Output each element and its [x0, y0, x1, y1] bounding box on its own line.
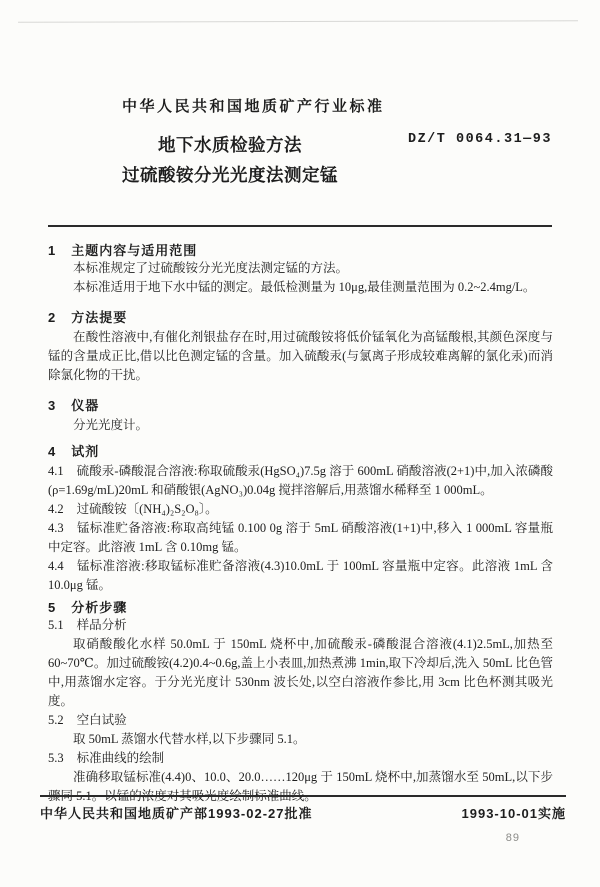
standard-number: DZ/T 0064.31—93 [408, 132, 552, 147]
subsection-text: 过硫酸铵〔(NH₄)₂S₂O₈〕。 [77, 502, 218, 516]
section-title: 主题内容与适用范围 [71, 243, 197, 258]
page-number: 89 [40, 832, 520, 844]
document-title-line1: 地下水质检验方法 [0, 130, 460, 160]
section-heading-3: 3仪器 [48, 398, 553, 414]
subsection-number: 5.3 [48, 751, 64, 765]
subsection-heading-5-3: 5.3标准曲线的绘制 [48, 749, 553, 768]
section-heading-5: 5分析步骤 [48, 600, 553, 616]
section-heading-2: 2方法提要 [48, 310, 553, 326]
subsection-title: 样品分析 [77, 618, 127, 632]
standard-category-label: 中华人民共和国地质矿产行业标准 [122, 98, 600, 116]
subsection-text: 锰标准贮备溶液:称取高纯锰 0.100 0g 溶于 5mL 硝酸溶液(1+1)中… [48, 521, 553, 554]
section-title: 仪器 [71, 398, 99, 413]
section-number: 4 [48, 444, 55, 459]
document-header: 中华人民共和国地质矿产行业标准 地下水质检验方法 过硫酸铵分光光度法测定锰 DZ… [0, 98, 600, 190]
section-title: 方法提要 [71, 310, 127, 325]
subsection-number: 4.1 [48, 464, 64, 478]
subsection-number: 5.2 [48, 713, 64, 727]
footer-row: 中华人民共和国地质矿产部1993-02-27批准 1993-10-01实施 [40, 803, 566, 822]
section-title: 分析步骤 [71, 600, 127, 615]
document-footer: 中华人民共和国地质矿产部1993-02-27批准 1993-10-01实施 89 [40, 795, 566, 844]
document-title: 地下水质检验方法 过硫酸铵分光光度法测定锰 [0, 130, 460, 190]
approval-statement: 中华人民共和国地质矿产部1993-02-27批准 [40, 803, 313, 822]
subsection-number: 4.2 [48, 502, 64, 516]
document-title-line2: 过硫酸铵分光光度法测定锰 [0, 160, 460, 190]
section-number: 3 [48, 398, 55, 413]
scan-artifact-line [18, 20, 578, 22]
subsection-title: 标准曲线的绘制 [77, 751, 165, 765]
subsection-number: 5.1 [48, 618, 64, 632]
section-number: 2 [48, 310, 55, 325]
subsection-text-5-1: 取硝酸酸化水样 50.0mL 于 150mL 烧杯中,加硫酸汞-磷酸混合溶液(4… [48, 635, 553, 711]
subsection-text-5-2: 取 50mL 蒸馏水代替水样,以下步骤同 5.1。 [48, 730, 553, 749]
subsection-4-3: 4.3锰标准贮备溶液:称取高纯锰 0.100 0g 溶于 5mL 硝酸溶液(1+… [48, 519, 553, 557]
subsection-4-1: 4.1硫酸汞-磷酸混合溶液:称取硫酸汞(HgSO₄)7.5g 溶于 600mL … [48, 462, 553, 500]
subsection-text: 硫酸汞-磷酸混合溶液:称取硫酸汞(HgSO₄)7.5g 溶于 600mL 硝酸溶… [48, 464, 553, 497]
header-divider [48, 225, 552, 227]
subsection-heading-5-1: 5.1样品分析 [48, 616, 553, 635]
subsection-number: 4.4 [48, 559, 64, 573]
section-number: 5 [48, 600, 55, 615]
footer-divider [40, 795, 566, 797]
paragraph: 本标准规定了过硫酸铵分光光度法测定锰的方法。 [48, 259, 553, 278]
subsection-4-4: 4.4锰标准溶液:移取锰标准贮备溶液(4.3)10.0mL 于 100mL 容量… [48, 557, 553, 595]
document-body: 1主题内容与适用范围 本标准规定了过硫酸铵分光光度法测定锰的方法。 本标准适用于… [48, 243, 553, 806]
section-heading-4: 4试剂 [48, 444, 553, 460]
document-page: 中华人民共和国地质矿产行业标准 地下水质检验方法 过硫酸铵分光光度法测定锰 DZ… [0, 0, 600, 887]
subsection-4-2: 4.2过硫酸铵〔(NH₄)₂S₂O₈〕。 [48, 500, 553, 519]
paragraph: 分光光度计。 [48, 416, 553, 435]
paragraph: 在酸性溶液中,有催化剂银盐存在时,用过硫酸铵将低价锰氧化为高锰酸根,其颜色深度与… [48, 328, 553, 385]
section-title: 试剂 [71, 444, 99, 459]
paragraph: 本标准适用于地下水中锰的测定。最低检测量为 10μg,最佳测量范围为 0.2~2… [48, 278, 553, 297]
subsection-text: 锰标准溶液:移取锰标准贮备溶液(4.3)10.0mL 于 100mL 容量瓶中定… [48, 559, 553, 592]
section-number: 1 [48, 243, 55, 258]
implementation-date: 1993-10-01实施 [462, 803, 567, 822]
subsection-heading-5-2: 5.2空白试验 [48, 711, 553, 730]
subsection-title: 空白试验 [77, 713, 127, 727]
section-heading-1: 1主题内容与适用范围 [48, 243, 553, 259]
subsection-number: 4.3 [48, 521, 64, 535]
